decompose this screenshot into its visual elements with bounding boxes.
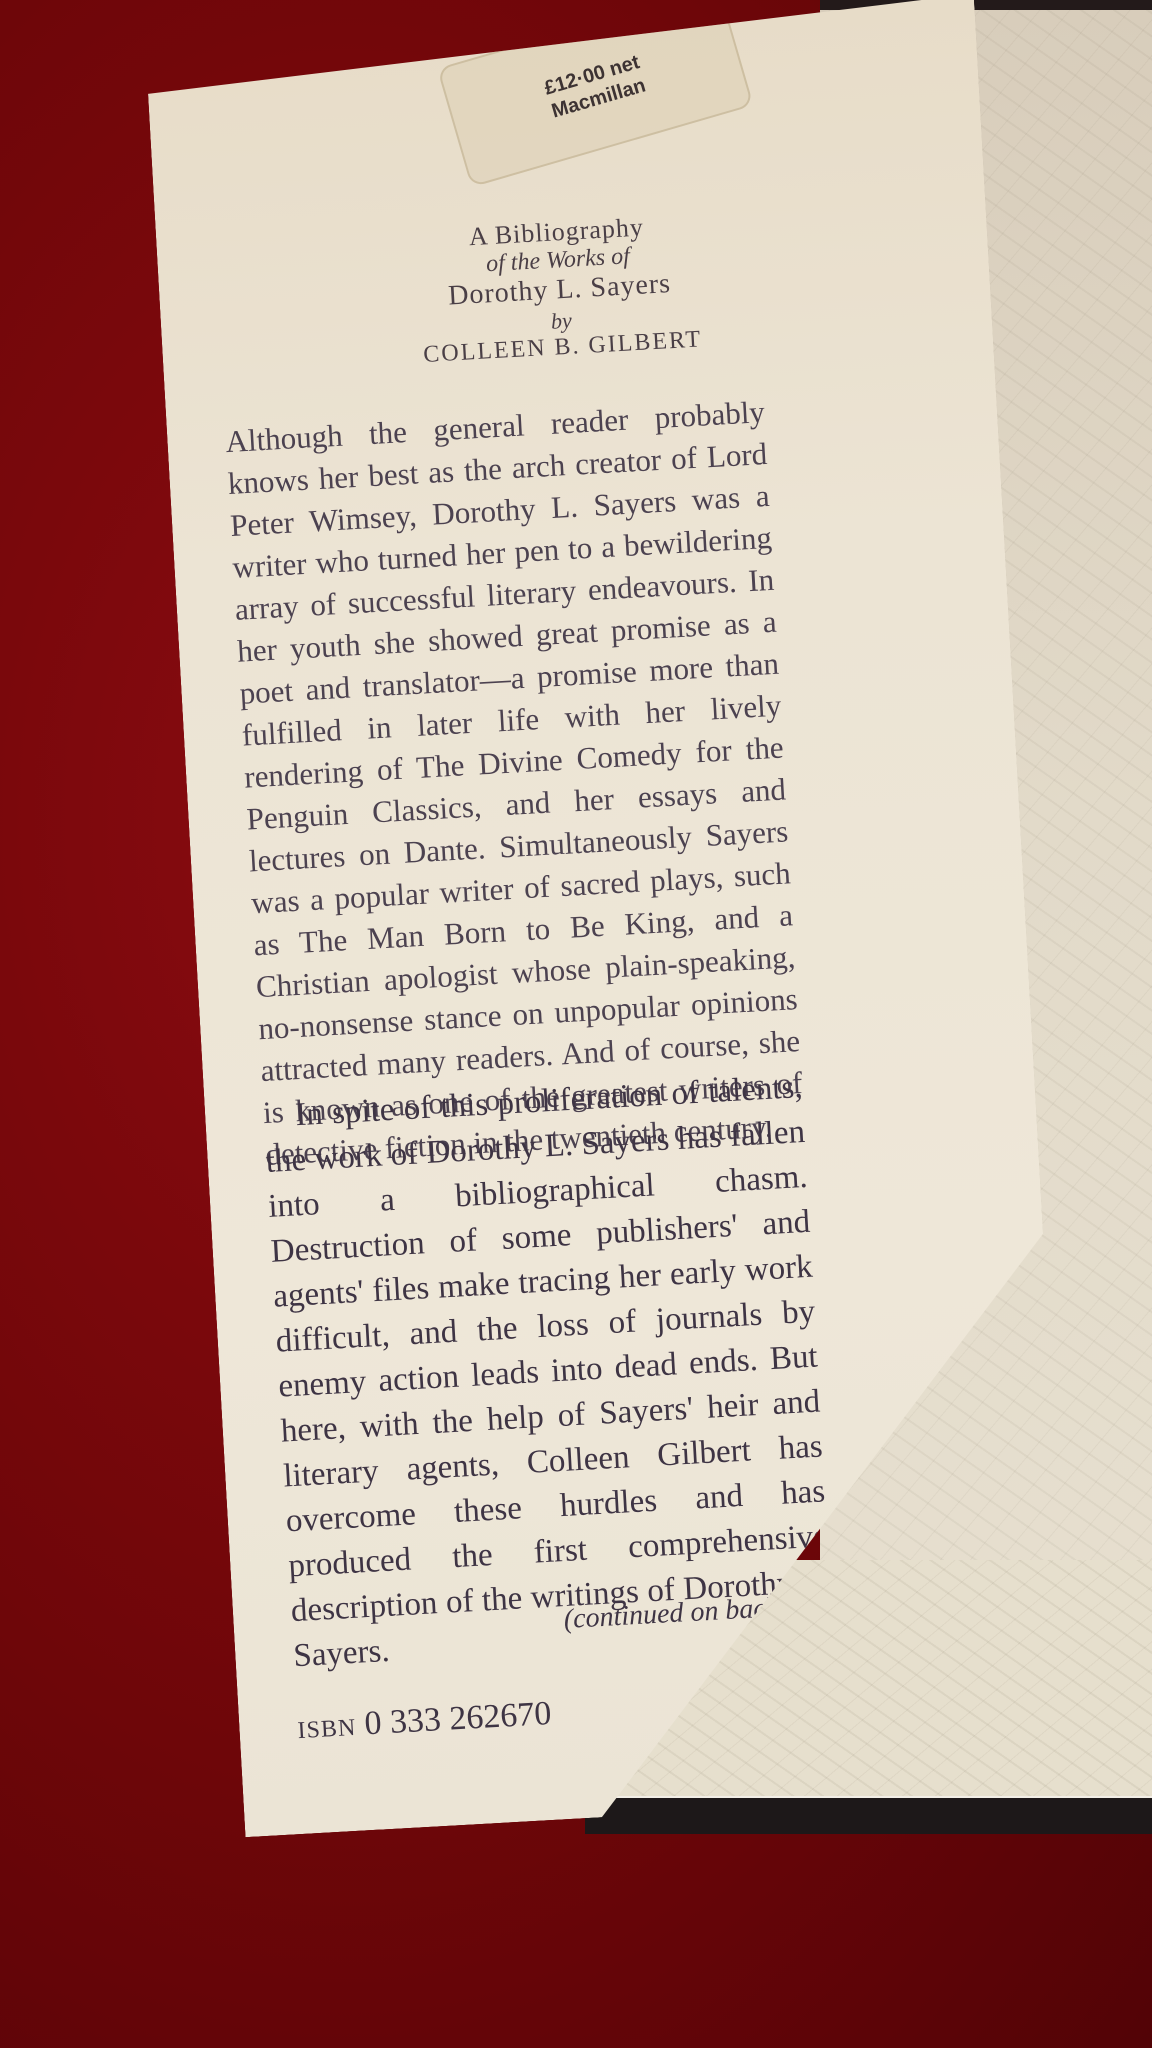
price-sticker: £12·00 net Macmillan xyxy=(437,0,754,187)
blurb-paragraph-1: Although the general reader probably kno… xyxy=(224,391,805,1176)
blurb-text-1: Although the general reader probably kno… xyxy=(224,391,805,1176)
photo-scene: £12·00 net Macmillan A Bibliography of t… xyxy=(0,0,1152,2048)
book-board-bottom-edge xyxy=(585,1796,1152,1834)
blurb-paragraph-2: In spite of this proliferation of talent… xyxy=(262,1065,834,1679)
blurb-text-2: In spite of this proliferation of talent… xyxy=(262,1065,834,1679)
isbn-label: ISBN xyxy=(297,1715,357,1744)
isbn-line: ISBN 0 333 262670 xyxy=(296,1695,552,1747)
book-title-block: A Bibliography of the Works of Dorothy L… xyxy=(306,203,813,375)
isbn-number: 0 333 262670 xyxy=(363,1695,552,1742)
